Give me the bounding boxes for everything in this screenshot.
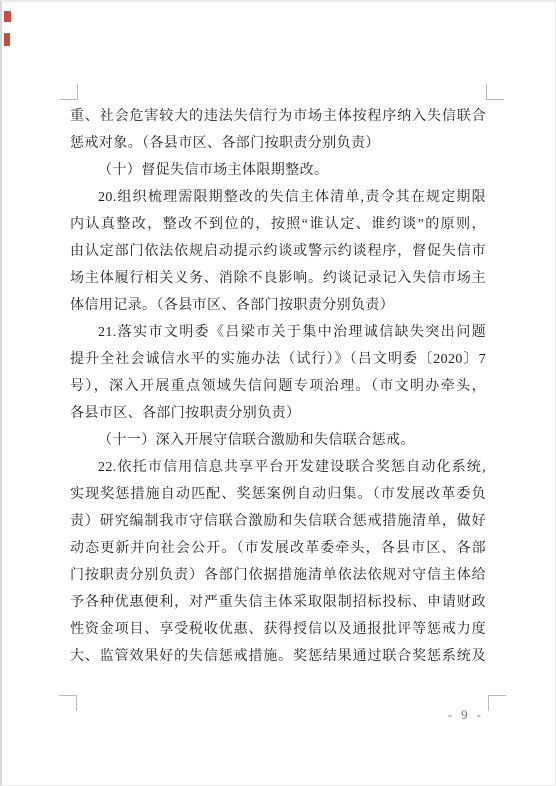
margin-crop-mark-bottom-left: [59, 695, 77, 711]
text-line: 内认真整改，整改不到位的，按照“谁认定、谁约谈”的原则，: [70, 211, 486, 238]
text-line: 号），深入开展重点领域失信问题专项治理。（市文明办牵头，: [70, 373, 486, 400]
text-line: 提升全社会诚信水平的实施办法（试行）》（吕文明委〔2020〕7: [70, 346, 486, 373]
text-line: 性资金项目、享受税收优惠、获得授信以及通报批评等惩戒力度: [70, 616, 486, 643]
margin-crop-mark-top-left: [60, 84, 78, 100]
red-scan-artifact: [4, 11, 11, 22]
text-line: 动态更新并向社会公开。（市发展改革委牵头，各县市区、各部: [70, 535, 486, 562]
text-line: 21.落实市文明委《吕梁市关于集中治理诚信缺失突出问题: [70, 319, 486, 346]
text-line: 由认定部门依法依规启动提示约谈或警示约谈程序，督促失信市: [70, 238, 486, 265]
text-line: 惩戒对象。（各县市区、各部门按职责分别负责）: [70, 130, 486, 157]
text-line: 体信用记录。（各县市区、各部门按职责分别负责）: [70, 292, 486, 319]
text-line: 重、社会危害较大的违法失信行为市场主体按程序纳入失信联合: [70, 103, 486, 130]
document-text-block: 重、社会危害较大的违法失信行为市场主体按程序纳入失信联合 惩戒对象。（各县市区、…: [70, 103, 486, 670]
document-page: 重、社会危害较大的违法失信行为市场主体按程序纳入失信联合 惩戒对象。（各县市区、…: [0, 0, 556, 786]
text-line: 各县市区、各部门按职责分别负责）: [70, 400, 486, 427]
page-number: - 9 -: [448, 708, 484, 723]
margin-crop-mark-top-right: [486, 84, 504, 100]
text-line: 责）研究编制我市守信联合激励和失信联合惩戒措施清单，做好: [70, 508, 486, 535]
text-line-heading: （十一）深入开展守信联合激励和失信联合惩戒。: [70, 427, 486, 454]
text-line-heading: （十）督促失信市场主体限期整改。: [70, 157, 486, 184]
margin-crop-mark-bottom-right: [488, 695, 506, 711]
text-line: 门按职责分别负责）各部门依据措施清单依法依规对守信主体给: [70, 562, 486, 589]
text-line: 实现奖惩措施自动匹配、奖惩案例自动归集。（市发展改革委负: [70, 481, 486, 508]
red-scan-artifact: [4, 33, 10, 46]
text-line: 场主体履行相关义务、消除不良影响。约谈记录记入失信市场主: [70, 265, 486, 292]
text-line: 大、监管效果好的失信惩戒措施。奖惩结果通过联合奖惩系统及: [70, 643, 486, 670]
text-line: 22.依托市信用信息共享平台开发建设联合奖惩自动化系统,: [70, 454, 486, 481]
text-line: 20.组织梳理需限期整改的失信主体清单,责令其在规定期限: [70, 184, 486, 211]
text-line: 予各种优惠便利，对严重失信主体采取限制招标投标、申请财政: [70, 589, 486, 616]
